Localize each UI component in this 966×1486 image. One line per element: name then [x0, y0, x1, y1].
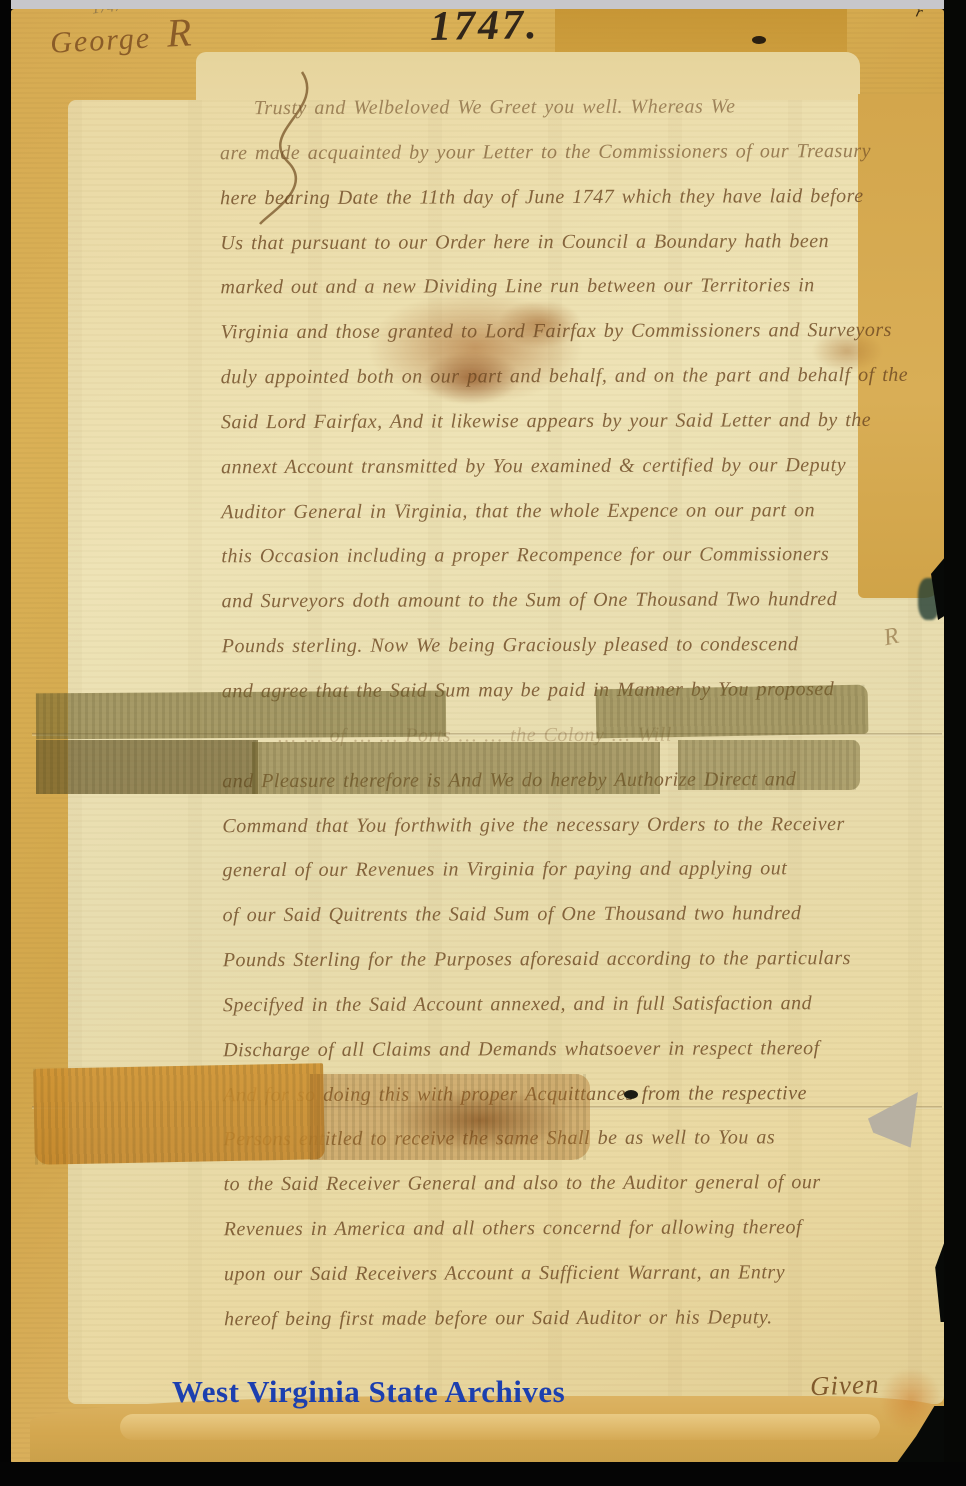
signature-initial: R	[166, 9, 195, 55]
closing-word: Given	[809, 1369, 880, 1402]
ink-speck	[752, 36, 766, 44]
manuscript-line: hereof being first made before our Said …	[224, 1306, 940, 1353]
tape-strip	[252, 742, 660, 794]
manuscript-line: Pounds Sterling for the Purposes aforesa…	[223, 947, 939, 994]
scan-background-left	[0, 0, 11, 1486]
manuscript-line: Trusty and Welbeloved We Greet you well.…	[220, 95, 936, 142]
manuscript-line: of our Said Quitrents the Said Sum of On…	[223, 902, 939, 949]
manuscript-line: Command that You forthwith give the nece…	[222, 812, 938, 859]
signature-name: George	[49, 21, 151, 59]
tape-strip-orange	[33, 1063, 325, 1165]
bottom-tape-highlight	[120, 1414, 880, 1440]
manuscript-line: Revenues in America and all others conce…	[224, 1216, 940, 1263]
royal-signature: GeorgeR	[49, 8, 195, 62]
manuscript-line: duly appointed both on our part and beha…	[221, 364, 937, 411]
tape-strip-orange-translucent	[310, 1074, 590, 1160]
scan-background-right	[944, 0, 966, 1486]
manuscript-line: are made acquainted by your Letter to th…	[220, 140, 936, 187]
manuscript-line: Pounds sterling. Now We being Graciously…	[222, 633, 938, 680]
manuscript-line: Virginia and those granted to Lord Fairf…	[221, 319, 937, 366]
scanner-edge-top	[0, 0, 950, 9]
manuscript-line: this Occasion including a proper Recompe…	[221, 543, 937, 590]
manuscript-line: Auditor General in Virginia, that the wh…	[221, 498, 937, 545]
manuscript-line: upon our Said Receivers Account a Suffic…	[224, 1261, 940, 1308]
archive-watermark: West Virginia State Archives	[172, 1374, 565, 1410]
scanned-document-page: 1747 GeorgeR 1747. r R Trusty and Welbel…	[0, 0, 966, 1486]
tape-strip	[36, 691, 446, 740]
tape-strip	[596, 685, 869, 739]
manuscript-line: annext Account transmitted by You examin…	[221, 454, 937, 501]
ink-speck	[624, 1090, 638, 1099]
manuscript-line: Said Lord Fairfax, And it likewise appea…	[221, 409, 937, 456]
scan-background-bottom	[0, 1462, 966, 1486]
tape-strip	[36, 740, 258, 794]
manuscript-line: general of our Revenues in Virginia for …	[222, 857, 938, 904]
tape-strip	[678, 740, 860, 790]
manuscript-line: marked out and a new Dividing Line run b…	[220, 274, 936, 321]
manuscript-line: Us that pursuant to our Order here in Co…	[220, 229, 936, 276]
manuscript-line: and Surveyors doth amount to the Sum of …	[222, 588, 938, 635]
manuscript-line: here bearing Date the 11th day of June 1…	[220, 184, 936, 231]
manuscript-line: Specifyed in the Said Account annexed, a…	[223, 992, 939, 1039]
manuscript-line: to the Said Receiver General and also to…	[224, 1171, 940, 1218]
